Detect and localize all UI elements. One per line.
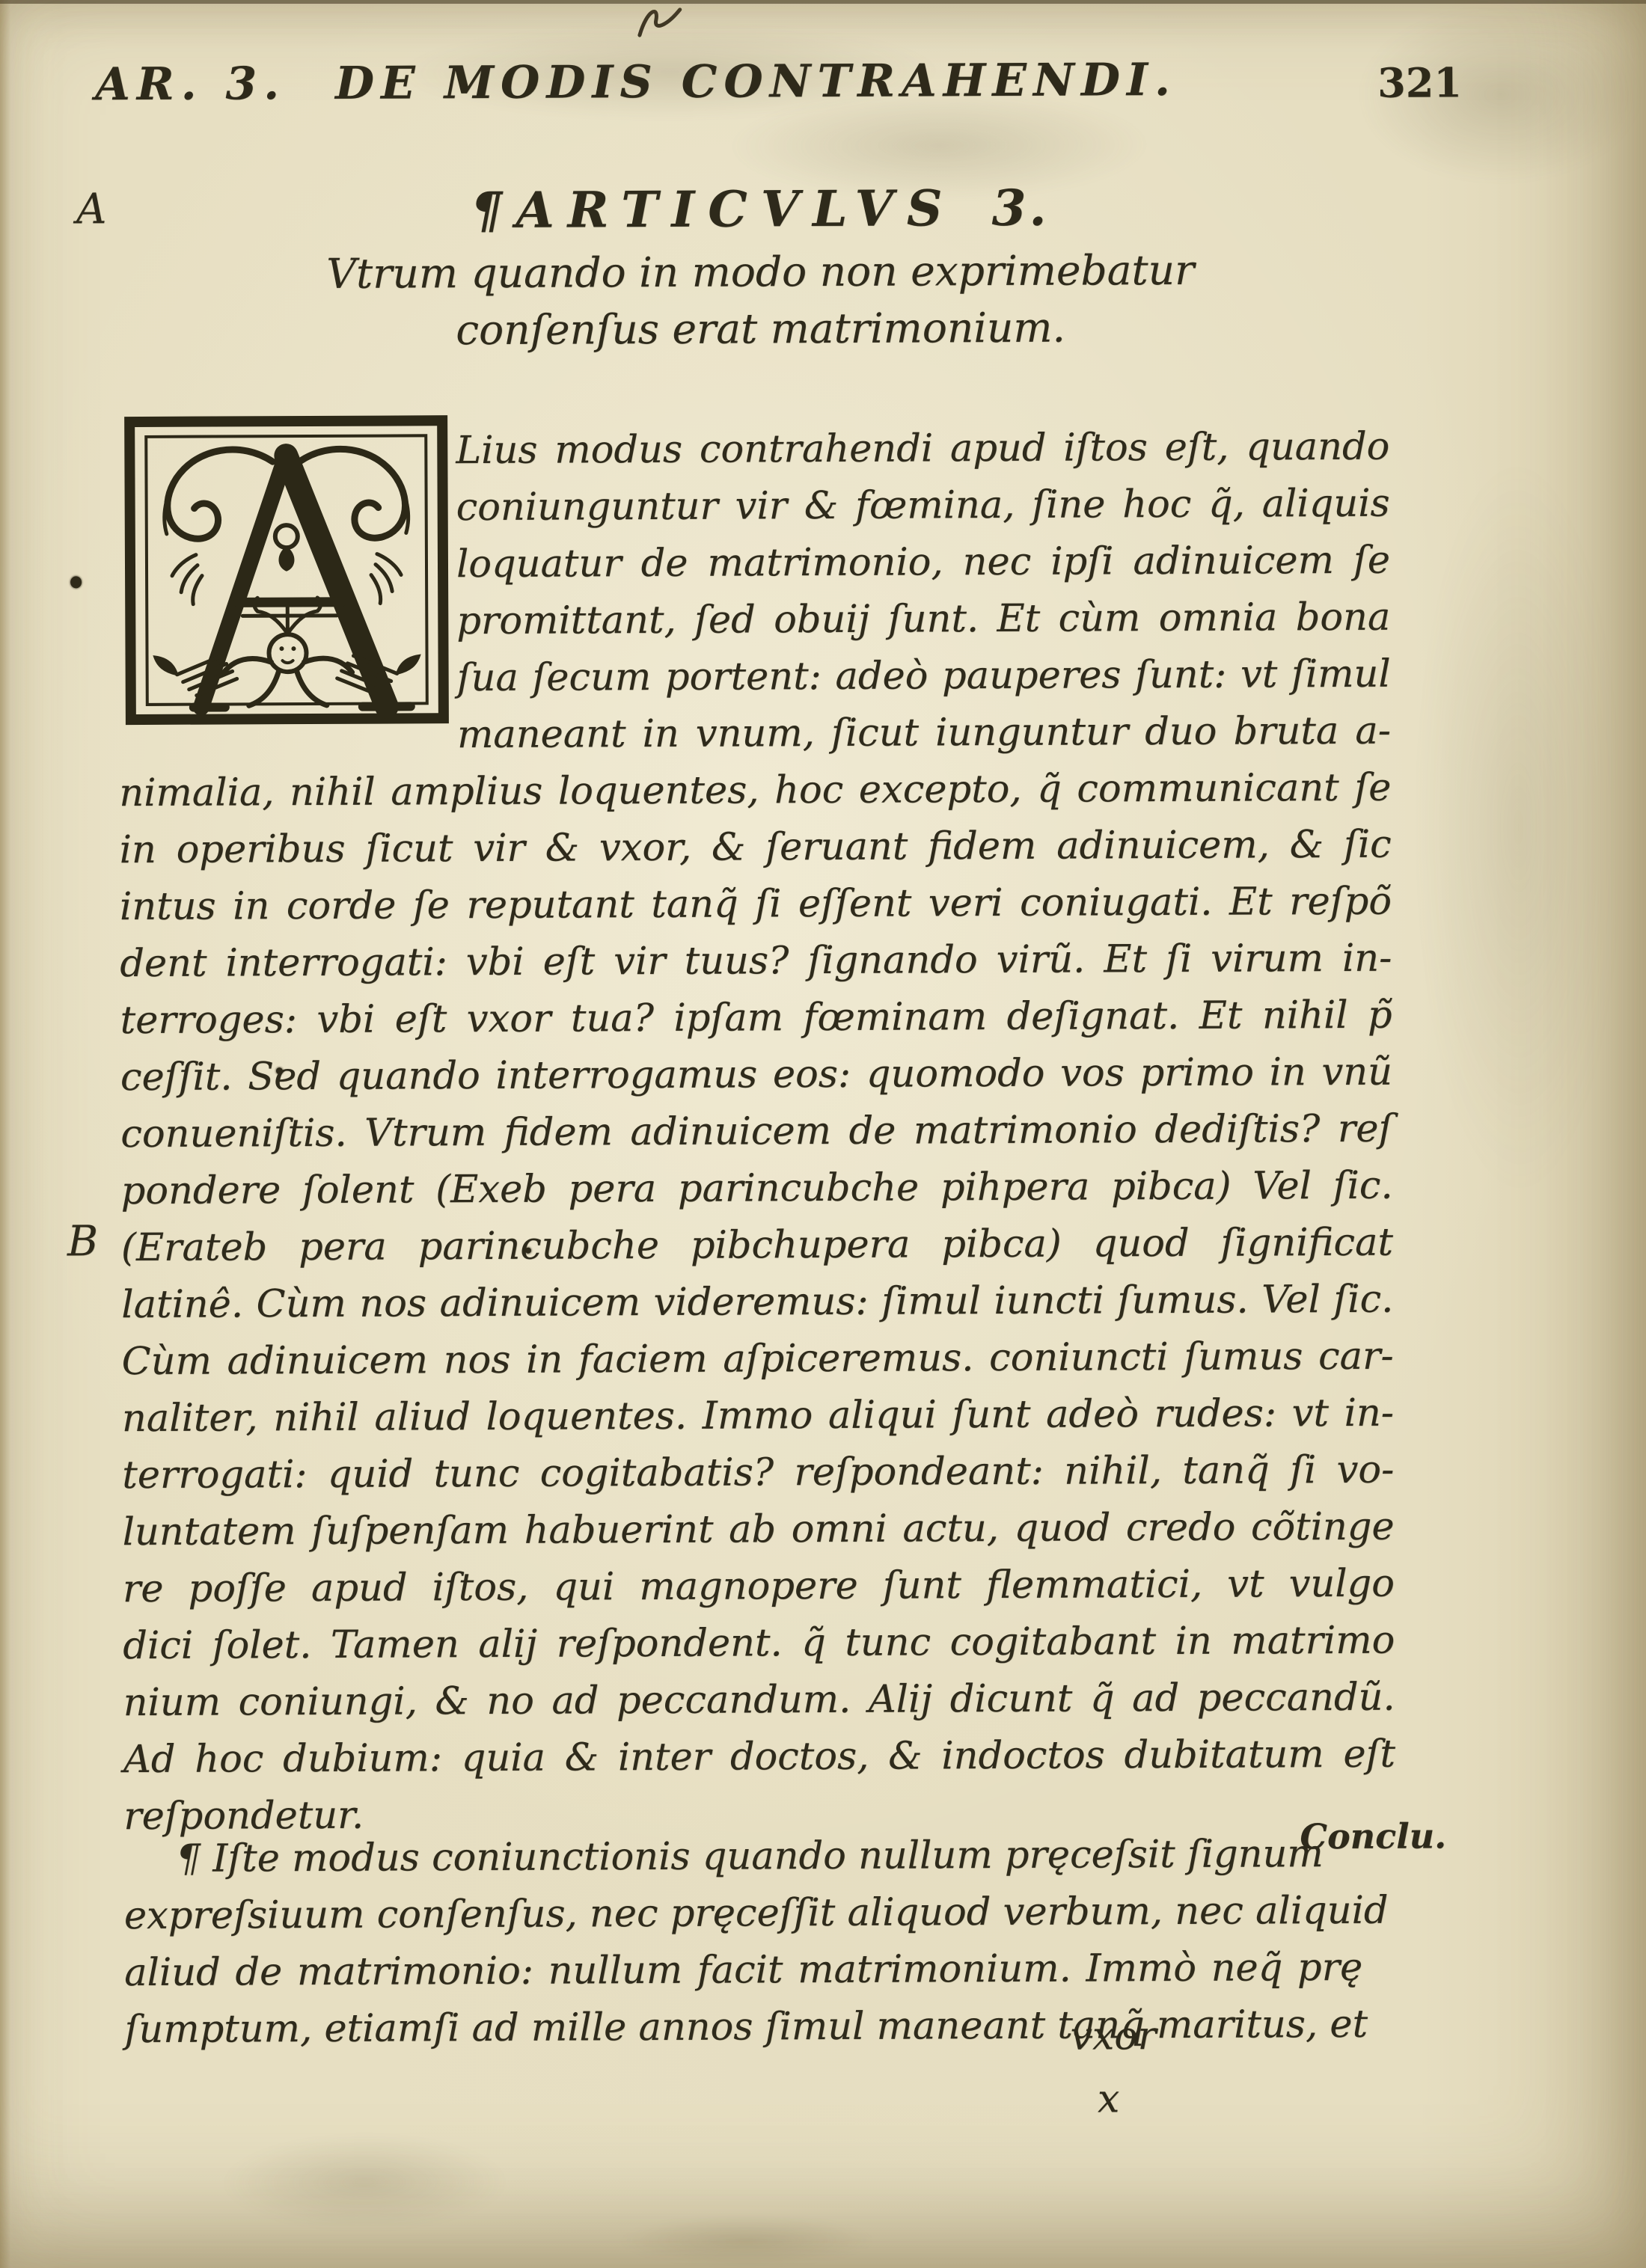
text-line: re poſſe apud iſtos, qui magnopere ſunt … (123, 1556, 1395, 1618)
pilcrow-glyph: ¶ (471, 180, 515, 241)
text-line: promittant, ſed obuij ſunt. Et cùm omnia… (456, 589, 1390, 650)
text-line: latinê. Cùm nos adinuicem videremus: ſim… (121, 1272, 1393, 1334)
ink-speck (276, 1067, 283, 1074)
text-line: ceſſit. Sed quando interrogamus eos: quo… (120, 1044, 1392, 1106)
pen-mark (634, 2, 688, 41)
scan-top-edge (0, 0, 1646, 4)
ink-speck (525, 1248, 531, 1254)
text-line: intus in corde ſe reputant tanq̃ ſi eſſe… (120, 874, 1392, 936)
article-number: 3. (991, 177, 1049, 239)
paragraph-1-indented-block: Lius modus contrahendi apud iſtos eſt, q… (456, 419, 1391, 764)
ink-speck (70, 576, 82, 588)
scanned-book-page: AR. 3. DE MODIS CONTRAHENDI. 321 A ¶ARTI… (0, 0, 1646, 2268)
decorated-initial-A-woodcut (123, 414, 450, 726)
text-line: (Erateb pera parincubche pibchupera pibc… (121, 1215, 1393, 1277)
signature-mark: x (1098, 2077, 1120, 2121)
text-line: pondere ſolent (Exeb pera parincubche pi… (120, 1158, 1392, 1220)
show-through-smudge (1412, 460, 1624, 1194)
text-line: Lius modus contrahendi apud iſtos eſt, q… (456, 419, 1389, 479)
page-number: 321 (1377, 60, 1462, 105)
text-line: naliter, nihil aliud loquentes. Immo ali… (122, 1385, 1394, 1447)
text-line: ſumptum, etiamſi ad mille annos ſimul ma… (124, 1996, 1362, 2059)
paragraph-1-full-block: nimalia, nihil amplius loquentes, hoc ex… (119, 760, 1395, 1845)
text-line: expreſsiuum conſenſus, nec pręceſſit ali… (124, 1883, 1362, 1945)
text-line: ¶ Iſte modus coniunctionis quando nullum… (123, 1826, 1276, 1888)
running-head-section: AR. 3. (95, 58, 286, 111)
text-line: luntatem ſuſpenſam habuerint ab omni act… (122, 1499, 1394, 1561)
text-line: Ad hoc dubium: quia & inter doctos, & in… (123, 1726, 1395, 1789)
article-subtitle-line1: Vtrum quando in modo non exprimebatur (117, 245, 1404, 300)
text-line: dent interrogati: vbi eſt vir tuus? ſign… (120, 931, 1392, 993)
text-line: dici ſolet. Tamen alij reſpondent. q̃ tu… (123, 1613, 1395, 1675)
text-line: terroges: vbi eſt vxor tua? ipſam fœmina… (120, 987, 1392, 1049)
margin-note-conclusion: Conclu. (1300, 1816, 1446, 1856)
article-subtitle-line2: conſenſus erat matrimonium. (117, 301, 1404, 357)
text-line: ſua ſecum portent: adeò pauperes ſunt: v… (456, 646, 1390, 707)
text-line: maneant in vnum, ſicut iunguntur duo bru… (457, 703, 1391, 764)
text-line: nimalia, nihil amplius loquentes, hoc ex… (119, 760, 1391, 822)
text-line: in operibus ſicut vir & vxor, & ſeruant … (119, 817, 1391, 879)
text-line: aliud de matrimonio: nullum facit matrim… (124, 1940, 1362, 2002)
catchword: vxor (1070, 2014, 1156, 2059)
text-line: Cùm adinuicem nos in faciem aſpiceremus.… (121, 1328, 1393, 1391)
article-heading-word: ARTICVLVS (515, 177, 955, 241)
text-line: coniunguntur vir & fœmina, ſine hoc q̃, … (456, 476, 1390, 536)
margin-letter-a: A (76, 187, 107, 232)
paragraph-2-block: ¶ Iſte modus coniunctionis quando nullum… (123, 1826, 1362, 2059)
text-line: loquatur de matrimonio, nec ipſi adinuic… (456, 533, 1390, 593)
show-through-smudge (619, 2214, 874, 2267)
text-line: terrogati: quid tunc cogitabatis? reſpon… (122, 1442, 1394, 1504)
text-line: conueniſtis. Vtrum fidem adinuicem de ma… (120, 1101, 1392, 1163)
page-sheet: AR. 3. DE MODIS CONTRAHENDI. 321 A ¶ARTI… (0, 0, 1646, 2268)
running-head: AR. 3. DE MODIS CONTRAHENDI. (95, 54, 1177, 111)
text-line: nium coniungi, & no ad peccandum. Alij d… (123, 1670, 1395, 1732)
article-heading: ¶ARTICVLVS 3. (311, 177, 1209, 242)
decorated-initial: A (123, 414, 450, 726)
margin-letter-b: B (67, 1219, 98, 1264)
show-through-smudge (222, 2133, 507, 2232)
running-head-title: DE MODIS CONTRAHENDI. (335, 54, 1177, 110)
